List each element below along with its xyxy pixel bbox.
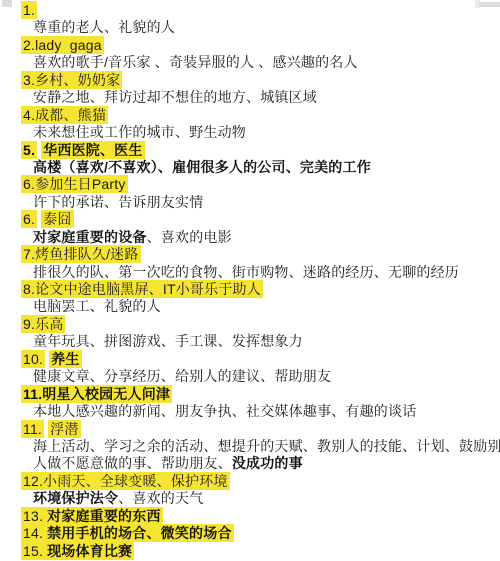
highlighted-text: 8.论文中途电脑黑屏、IT小哥乐于助人 xyxy=(21,280,263,298)
list-item-heading: 1. xyxy=(0,2,500,19)
list-item-detail: 对家庭重要的设备、喜欢的电影 xyxy=(0,229,500,246)
highlighted-text: 6. xyxy=(21,210,37,228)
highlighted-text: 现场体育比赛 xyxy=(45,542,134,560)
highlighted-text: 华西医院、医生 xyxy=(41,141,144,159)
highlighted-text: 6.参加生日Party xyxy=(21,175,128,193)
highlighted-text: 浮潜 xyxy=(48,420,80,438)
text-segment: 安静之地、拜访过却不想住的地方、城镇区域 xyxy=(33,89,317,105)
list-item-heading: 3.乡村、奶奶家 xyxy=(0,72,500,89)
list-item-detail: 环境保护法令、喜欢的天气 xyxy=(0,490,500,507)
list-item-heading: 13.对家庭重要的东西 xyxy=(0,508,500,525)
text-segment: 电脑罢工、礼貌的人 xyxy=(33,298,161,314)
list-item-detail: 安静之地、拜访过却不想住的地方、城镇区域 xyxy=(0,89,500,106)
highlighted-text: 14. xyxy=(21,524,45,542)
list-item-detail: 未来想住或工作的城市、野生动物 xyxy=(0,124,500,141)
text-segment: 、喜欢的电影 xyxy=(147,229,232,245)
list-item-heading: 5. 华西医院、医生 xyxy=(0,142,500,159)
highlighted-text: 泰囧 xyxy=(41,210,73,228)
text-segment: 没成功的事 xyxy=(232,455,303,471)
highlighted-text: 11.明星入校园无人问津 xyxy=(21,385,172,403)
highlighted-text: 15. xyxy=(21,542,45,560)
list-item-detail: 尊重的老人、礼貌的人 xyxy=(0,19,500,36)
highlighted-text: 9.乐高 xyxy=(21,315,65,333)
list-item-detail: 海上活动、学习之余的活动、想提升的天赋、教别人的技能、计划、鼓励别 xyxy=(0,438,500,455)
highlighted-text: 13. xyxy=(21,507,45,525)
list-item-detail: 童年玩具、拼图游戏、手工课、发挥想象力 xyxy=(0,333,500,350)
highlighted-text: 1. xyxy=(21,1,37,19)
list-item-heading: 7.烤鱼排队久/迷路 xyxy=(0,246,500,263)
text-segment: 健康文章、分享经历、给别人的建议、帮助朋友 xyxy=(33,368,331,384)
list-item-detail: 许下的承诺、告诉朋友实情 xyxy=(0,194,500,211)
text-segment: 未来想住或工作的城市、野生动物 xyxy=(33,124,246,140)
list-item-heading: 15.现场体育比赛 xyxy=(0,543,500,560)
list-item-heading: 4.成都、熊猫 xyxy=(0,107,500,124)
text-segment: 对家庭重要的设备 xyxy=(33,229,147,245)
highlighted-text: 7.烤鱼排队久/迷路 xyxy=(21,245,141,263)
highlighted-text: 养生 xyxy=(49,350,81,368)
highlighted-text: 4.成都、熊猫 xyxy=(21,106,108,124)
list-item-detail: 人做不愿意做的事、帮助朋友、没成功的事 xyxy=(0,455,500,472)
notes-list: 1.尊重的老人、礼貌的人2.lady gaga喜欢的歌手/音乐家 、奇装异服的人… xyxy=(0,2,500,560)
list-item-heading: 2.lady gaga xyxy=(0,37,500,54)
list-item-heading: 12.小雨天、全球变暖、保护环境 xyxy=(0,473,500,490)
notes-page: 1.尊重的老人、礼貌的人2.lady gaga喜欢的歌手/音乐家 、奇装异服的人… xyxy=(0,0,500,561)
list-item-heading: 9.乐高 xyxy=(0,316,500,333)
text-segment: 排很久的队、第一次吃的食物、街市购物、迷路的经历、无聊的经历 xyxy=(33,264,459,280)
list-item-detail: 高楼（喜欢/不喜欢）、雇佣很多人的公司、完美的工作 xyxy=(0,159,500,176)
highlighted-text: 12.小雨天、全球变暖、保护环境 xyxy=(21,472,230,490)
list-item-detail: 排很久的队、第一次吃的食物、街市购物、迷路的经历、无聊的经历 xyxy=(0,264,500,281)
list-item-detail: 本地人感兴趣的新闻、朋友争执、社交媒体趣事、有趣的谈话 xyxy=(0,403,500,420)
list-item-heading: 11. 浮潜 xyxy=(0,421,500,438)
list-item-detail: 健康文章、分享经历、给别人的建议、帮助朋友 xyxy=(0,368,500,385)
text-segment: 人做不愿意做的事、帮助朋友、 xyxy=(33,455,232,471)
highlighted-text: 5. xyxy=(21,141,37,159)
text-segment: 高楼（喜欢/不喜欢）、雇佣很多人的公司、完美的工作 xyxy=(33,159,371,175)
text-segment: 本地人感兴趣的新闻、朋友争执、社交媒体趣事、有趣的谈话 xyxy=(33,403,416,419)
highlighted-text: 11. xyxy=(21,420,44,438)
text-segment: 海上活动、学习之余的活动、想提升的天赋、教别人的技能、计划、鼓励别 xyxy=(33,438,500,454)
highlighted-text: 3.乡村、奶奶家 xyxy=(21,71,122,89)
list-item-heading: 6. 泰囧 xyxy=(0,211,500,228)
list-item-heading: 11.明星入校园无人问津 xyxy=(0,386,500,403)
list-item-heading: 10. 养生 xyxy=(0,351,500,368)
text-segment: 喜欢的歌手/音乐家 、奇装异服的人 、感兴趣的名人 xyxy=(33,54,358,70)
list-item-heading: 6.参加生日Party xyxy=(0,176,500,193)
list-item-detail: 电脑罢工、礼貌的人 xyxy=(0,298,500,315)
highlighted-text: 10. xyxy=(21,350,45,368)
list-item-heading: 14.禁用手机的场合、微笑的场合 xyxy=(0,525,500,542)
text-segment: 童年玩具、拼图游戏、手工课、发挥想象力 xyxy=(33,333,303,349)
list-item-heading: 8.论文中途电脑黑屏、IT小哥乐于助人 xyxy=(0,281,500,298)
highlighted-text: 2.lady gaga xyxy=(21,36,104,54)
text-segment: 许下的承诺、告诉朋友实情 xyxy=(33,194,203,210)
list-item-detail: 喜欢的歌手/音乐家 、奇装异服的人 、感兴趣的名人 xyxy=(0,54,500,71)
text-segment: 尊重的老人、礼貌的人 xyxy=(33,19,175,35)
highlighted-text: 禁用手机的场合、微笑的场合 xyxy=(45,524,234,542)
highlighted-text: 对家庭重要的东西 xyxy=(45,507,163,525)
text-segment: 、喜欢的天气 xyxy=(118,490,203,506)
text-segment: 环境保护法令 xyxy=(33,490,118,506)
